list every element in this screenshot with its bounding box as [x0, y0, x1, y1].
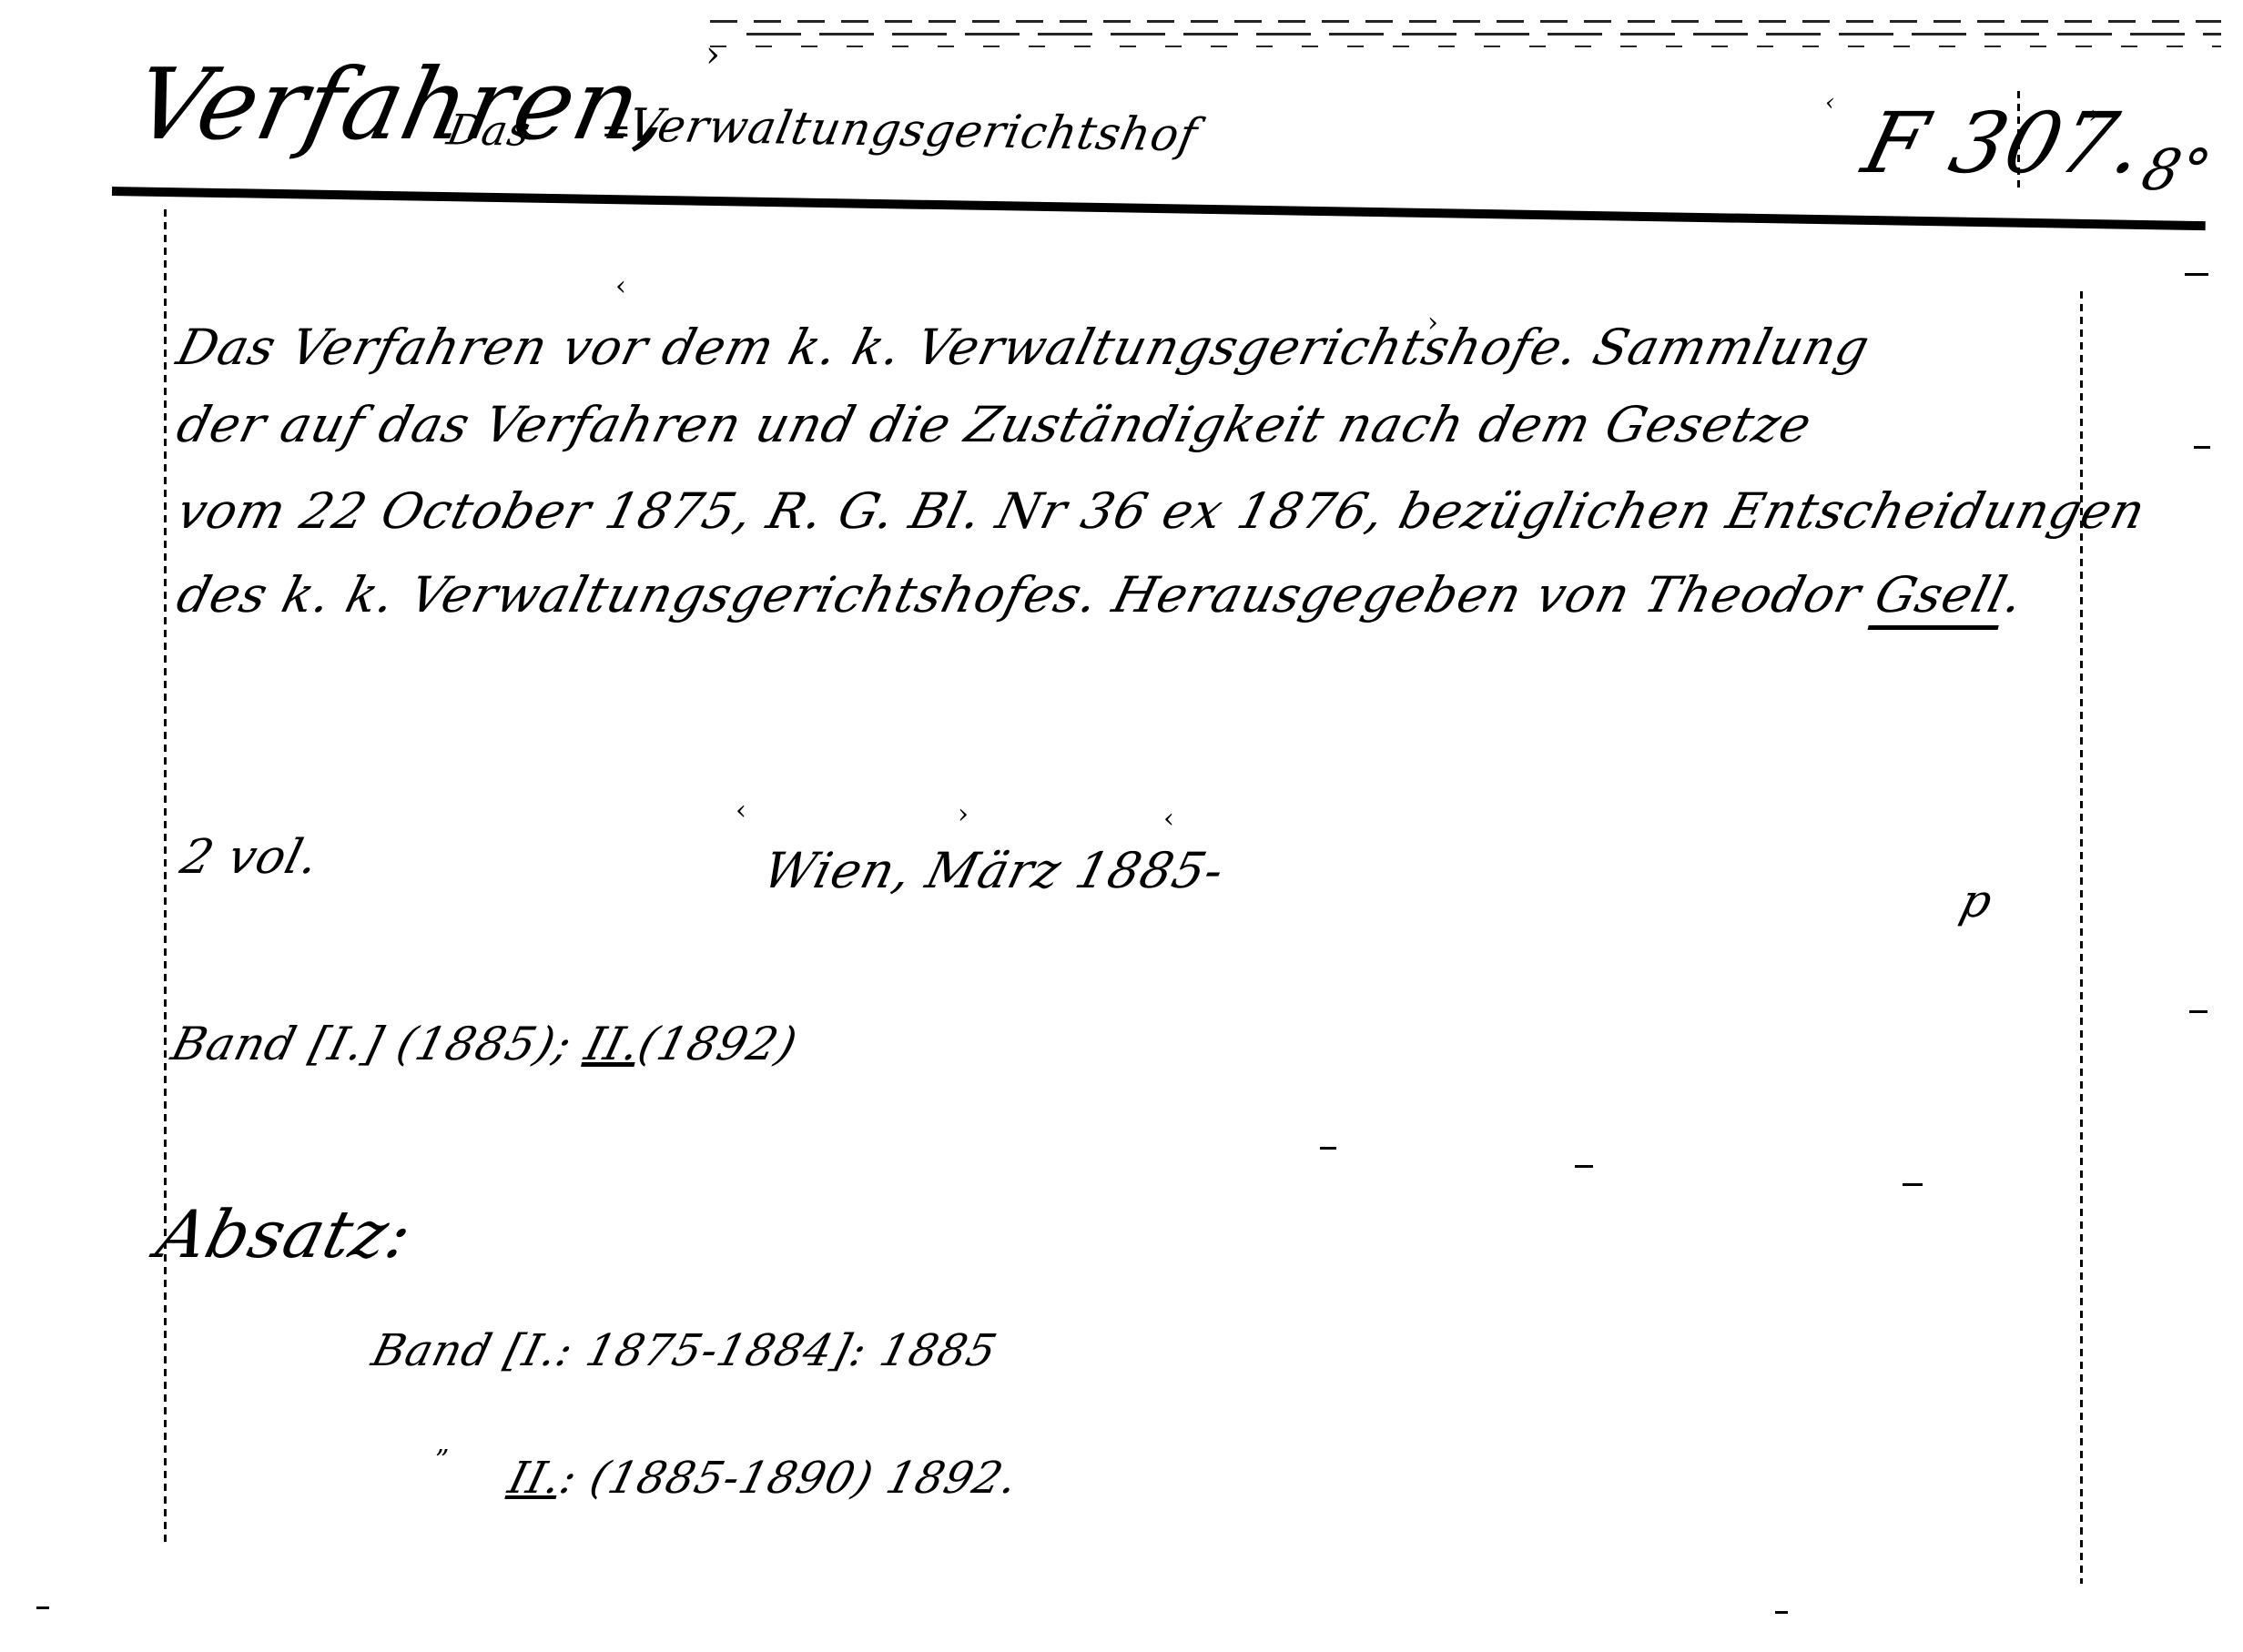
scan-speck [2189, 1010, 2207, 1013]
insertion-mark: ‹ [736, 797, 747, 825]
imprint: Wien, März 1885- [758, 846, 1229, 896]
scan-speck [2194, 446, 2210, 449]
holdings-line: Band [I.] (1885); II.(1892) [167, 1021, 802, 1067]
description-line-4: des k. k. Verwaltungsgerichtshofes. Hera… [172, 571, 2028, 620]
holdings-volume-2-year: (1892) [633, 1018, 803, 1070]
insertion-mark: ‹ [1163, 806, 1175, 833]
format-size: 8° [2136, 142, 2217, 198]
scan-edge-noise [710, 13, 2221, 49]
absatz-entry-1: Band [I.: 1875-1884]: 1885 [368, 1329, 1001, 1373]
absatz-entry-label: Band [367, 1325, 497, 1376]
heading-article: Das [444, 108, 535, 152]
heading-court: Verwaltungsgerichtshof [624, 103, 1202, 158]
insertion-mark: › [958, 801, 969, 828]
absatz-entry-year: : 1885 [844, 1325, 1002, 1376]
absatz-heading: Absatz: [151, 1201, 419, 1267]
heading-title: Verfahren, [127, 56, 682, 155]
shelfmark: F 307. [1856, 102, 2154, 186]
ditto-mark: ” [435, 1447, 450, 1475]
catalog-card: Verfahren, Das = Verwaltungsgerichtshof … [0, 0, 2243, 1652]
description-line-4-text: des k. k. Verwaltungsgerichtshofes. Hera… [171, 566, 1867, 623]
holdings-volume-1: [I.] (1885); [304, 1018, 577, 1070]
cataloger-initial: p [1956, 878, 1997, 924]
callmark-open-mark: ‹ [1825, 91, 1835, 115]
absatz-entry-range: [I.: 1875-1884] [500, 1325, 858, 1376]
left-margin-rule [164, 209, 167, 1547]
description-line-2: der auf das Verfahren und die Zuständigk… [172, 400, 1816, 450]
scan-speck [2185, 273, 2208, 276]
description-line-3: vom 22 October 1875, R. G. Bl. Nr 36 ex … [172, 487, 2150, 536]
scan-speck [36, 1606, 49, 1609]
holdings-label: Band [167, 1018, 302, 1070]
scan-speck [1575, 1165, 1593, 1168]
volume-count: 2 vol. [177, 834, 324, 881]
insertion-mark: › [705, 36, 721, 73]
format-divider [2017, 91, 2020, 191]
scan-speck [1775, 1611, 1788, 1614]
scan-speck [1903, 1183, 1923, 1186]
absatz-entry-range: : (1885-1890) [554, 1453, 878, 1504]
absatz-entry-2: II.: (1885-1890) 1892. [504, 1456, 1022, 1500]
editor-surname: Gsell [1868, 566, 2014, 630]
insertion-mark: ‹ [615, 273, 627, 300]
header-rule [112, 187, 2206, 230]
callmark-close-mark: › [2089, 102, 2100, 127]
absatz-entry-year: 1892. [881, 1453, 1023, 1504]
scan-speck [1320, 1147, 1336, 1150]
description-line-1: Das Verfahren vor dem k. k. Verwaltungsg… [172, 323, 1874, 372]
